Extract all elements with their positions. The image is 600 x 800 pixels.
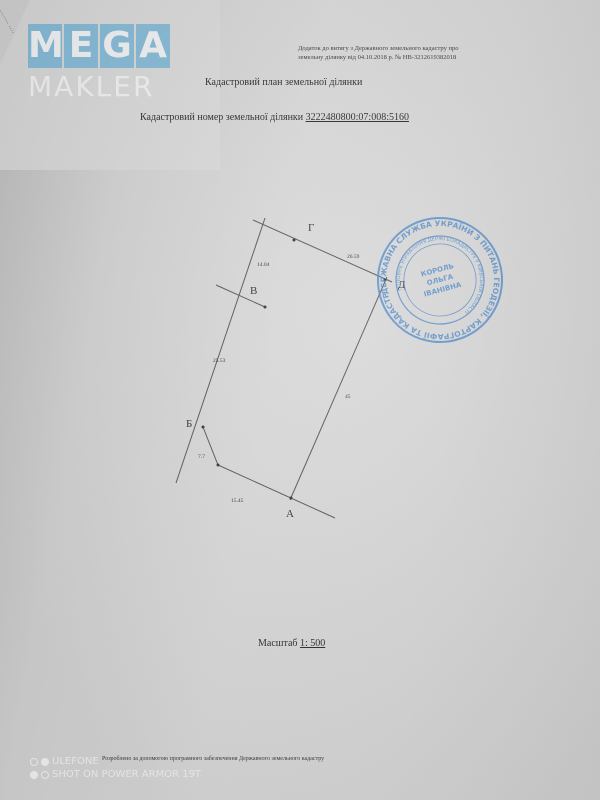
segment-label: 25.53 [213,358,226,364]
segment-label: 45 [345,394,351,400]
point-b [202,426,205,429]
cadastral-plan-drawing: А Б В Г Д 15.45 7.7 25.53 14.04 26.59 45… [0,0,600,800]
official-stamp: ДЕРЖАВНА СЛУЖБА УКРАЇНИ З ПИТАНЬ ГЕОДЕЗІ… [0,0,516,455]
segment-label: 7.7 [198,454,205,460]
scale-value: 1: 500 [300,638,325,649]
camera-watermark: ULEFONE SHOT ON POWER ARMOR 19T [30,755,201,781]
point-g [293,239,296,242]
camera-brand: ULEFONE [52,755,99,768]
point-a [290,497,293,500]
camera-model: SHOT ON POWER ARMOR 19T [52,768,201,781]
lens-icon [30,758,38,766]
segment-label: 15.45 [231,498,244,504]
label-point-a: А [286,508,294,520]
segment-label: 26.59 [347,254,360,260]
boundary-line-right [290,277,387,500]
neighbor-line-v [216,285,265,307]
scale-line: Масштаб 1: 500 [258,638,325,649]
svg-text:ДЕРЖАВНА СЛУЖБА УКРАЇНИ З ПИТА: ДЕРЖАВНА СЛУЖБА УКРАЇНИ З ПИТАНЬ ГЕОДЕЗІ… [0,0,515,454]
point-bend [217,464,220,467]
label-point-g: Г [308,222,314,234]
boundary-line-bottom [203,427,335,518]
lens-icon [41,758,49,766]
lens-icon [41,771,49,779]
point-v [264,306,267,309]
boundary-line-top [253,220,392,282]
segment-label: 14.04 [257,262,270,268]
scale-label: Масштаб [258,638,298,649]
lens-icon [30,771,38,779]
label-point-v: В [250,285,257,297]
boundary-line-left [176,218,265,483]
label-point-b: Б [186,418,192,430]
